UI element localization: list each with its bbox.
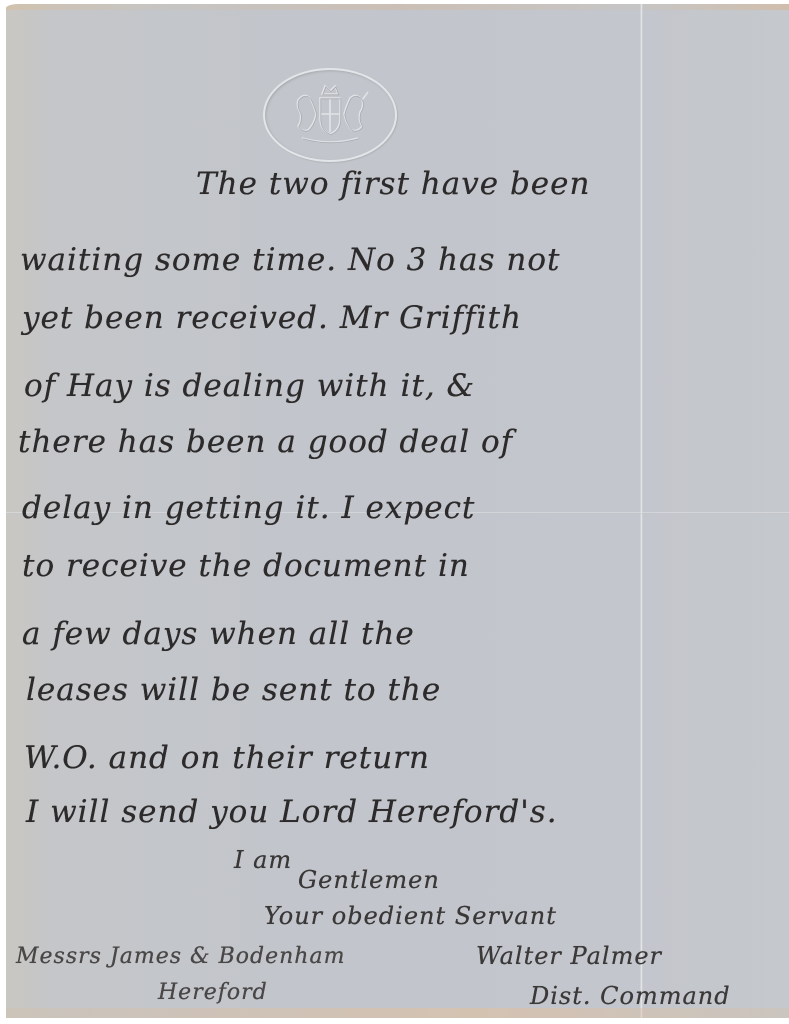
addressee-place: Hereford [158, 980, 268, 1005]
letter-body-line-2: waiting some time. No 3 has not [20, 242, 560, 278]
letter-body-line-6: delay in getting it. I expect [22, 490, 475, 526]
closing-gentlemen: Gentlemen [298, 866, 440, 894]
signature-title: Dist. Command [530, 982, 731, 1010]
paper-edge-tear [0, 660, 6, 700]
letter-body-line-8: a few days when all the [22, 616, 415, 652]
closing-i-am: I am [234, 846, 292, 874]
royal-coat-of-arms-embossed-icon [263, 68, 397, 162]
addressee-name: Messrs James & Bodenham [16, 944, 345, 969]
letter-body-line-5: there has been a good deal of [18, 424, 513, 460]
letter-body-line-10: W.O. and on their return [24, 740, 430, 776]
letter-body-line-9: leases will be sent to the [26, 672, 441, 708]
letter-body-line-11: I will send you Lord Hereford's. [26, 794, 558, 830]
letter-body-line-1: The two first have been [196, 166, 590, 202]
letter-body-line-7: to receive the document in [22, 548, 470, 584]
closing-your-obedient-servant: Your obedient Servant [264, 902, 557, 930]
signature-name: Walter Palmer [476, 942, 662, 970]
letter-paper: The two first have been waiting some tim… [6, 4, 789, 1018]
vertical-fold-line [640, 4, 643, 1018]
letter-body-line-4: of Hay is dealing with it, & [24, 368, 475, 404]
letter-body-line-3: yet been received. Mr Griffith [22, 300, 522, 336]
